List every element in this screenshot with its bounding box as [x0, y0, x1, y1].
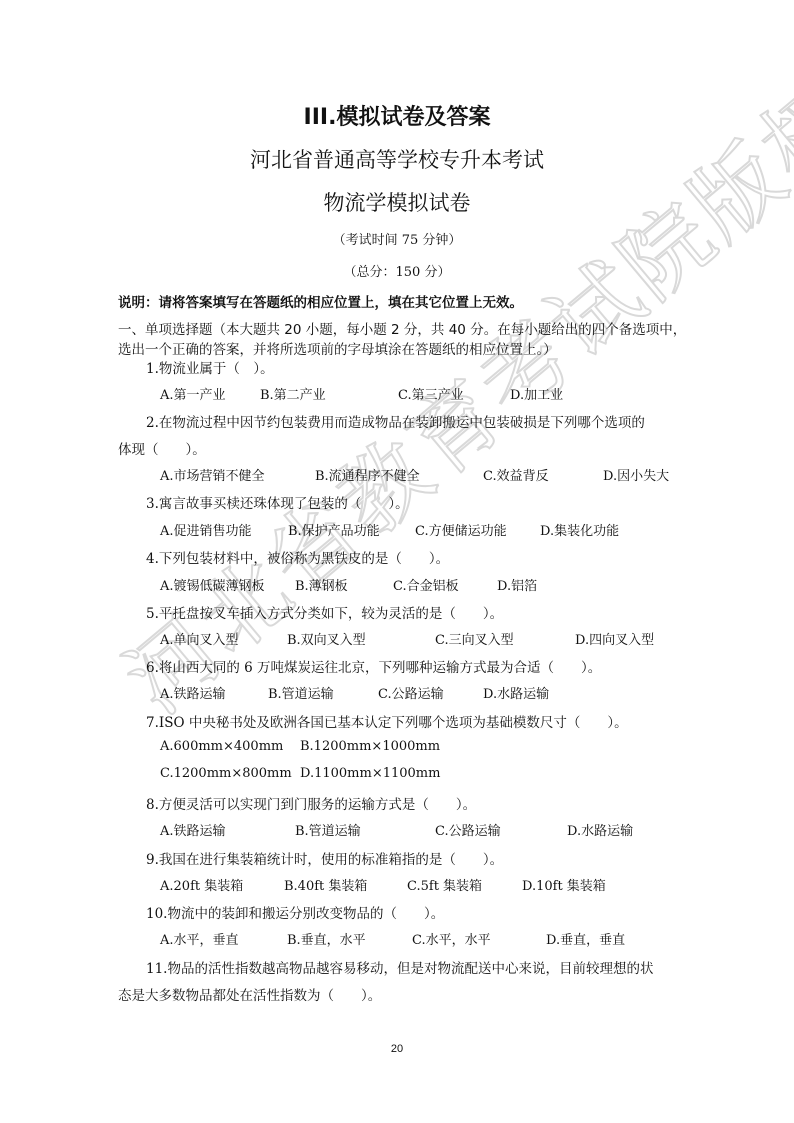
question-7-stem: 7.ISO 中央秘书处及欧洲各国已基本认定下列哪个选项为基础模数尺寸（ ）。 — [146, 711, 628, 731]
question-7-options-row1: A.600mm×400mm B.1200mm×1000mm — [160, 739, 680, 757]
option-a: A.600mm×400mm — [160, 739, 283, 754]
option-d: D.加工业 — [510, 384, 563, 403]
question-7-options-row2: C.1200mm×800mm D.1100mm×1100mm — [160, 766, 680, 784]
option-b: B.第二产业 — [260, 384, 326, 403]
option-d: D.1100mm×1100mm — [300, 766, 440, 781]
option-d: D.铝箔 — [497, 575, 537, 594]
question-3-options: A.促进销售功能 B.保护产品功能 C.方便储运功能 D.集装化功能 — [160, 520, 680, 538]
question-10-options: A.水平，垂直 B.垂直，水平 C.水平，水平 D.垂直，垂直 — [160, 929, 680, 947]
question-2-stem-line2: 体现（ ）。 — [118, 438, 206, 458]
question-10-stem: 10.物流中的装卸和搬运分别改变物品的（ ）。 — [146, 902, 444, 922]
option-a: A.水平，垂直 — [160, 929, 239, 948]
option-c: C.公路运输 — [435, 820, 501, 839]
option-a: A.第一产业 — [160, 384, 226, 403]
option-c: C.1200mm×800mm — [160, 766, 292, 781]
option-a: A.铁路运输 — [160, 683, 226, 702]
question-3-stem: 3.寓言故事买椟还珠体现了包装的（ ）。 — [146, 492, 409, 512]
section-title: III.模拟试卷及答案 — [0, 100, 794, 131]
option-c: C.方便储运功能 — [415, 520, 507, 539]
option-d: D.四向叉入型 — [575, 629, 654, 648]
option-b: B.1200mm×1000mm — [300, 739, 440, 754]
option-c: C.5ft 集装箱 — [407, 875, 482, 894]
question-8-options: A.铁路运输 B.管道运输 C.公路运输 D.水路运输 — [160, 820, 680, 838]
option-d: D.水路运输 — [567, 820, 633, 839]
question-11-stem-line1: 11.物品的活性指数越高物品越容易移动，但是对物流配送中心来说，目前较理想的状 — [146, 957, 653, 977]
option-c: C.水平，水平 — [412, 929, 491, 948]
option-a: A.单向叉入型 — [160, 629, 239, 648]
option-b: B.垂直，水平 — [287, 929, 366, 948]
question-6-options: A.铁路运输 B.管道运输 C.公路运输 D.水路运输 — [160, 683, 680, 701]
option-b: B.管道运输 — [268, 683, 334, 702]
paper-title: 物流学模拟试卷 — [0, 187, 794, 217]
option-d: D.垂直，垂直 — [546, 929, 625, 948]
question-2-options: A.市场营销不健全 B.流通程序不健全 C.效益背反 D.因小失大 — [160, 465, 680, 483]
option-a: A.20ft 集装箱 — [160, 875, 243, 894]
option-d: D.水路运输 — [483, 683, 549, 702]
option-d: D.10ft 集装箱 — [522, 875, 606, 894]
section-heading-line2: 选出一个正确的答案，并将所选项前的字母填涂在答题纸的相应位置上。） — [118, 338, 557, 358]
instruction: 说明：请将答案填写在答题纸的相应位置上，填在其它位置上无效。 — [118, 291, 523, 311]
option-c: C.效益背反 — [483, 465, 549, 484]
option-b: B.流通程序不健全 — [315, 465, 420, 484]
option-a: A.镀锡低碳薄钢板 — [160, 575, 265, 594]
question-6-stem: 6.将山西大同的 6 万吨煤炭运往北京，下列哪种运输方式最为合适（ ）。 — [146, 656, 601, 676]
question-5-stem: 5.平托盘按叉车插入方式分类如下，较为灵活的是（ ）。 — [146, 602, 503, 622]
question-4-stem: 4.下列包装材料中，被俗称为黑铁皮的是（ ）。 — [146, 547, 449, 567]
question-2-stem-line1: 2.在物流过程中因节约包装费用而造成物品在装卸搬运中包装破损是下列哪个选项的 — [146, 411, 645, 431]
question-1-options: A.第一产业 B.第二产业 C.第三产业 D.加工业 — [160, 384, 680, 402]
total-score: （总分：150 分） — [0, 261, 794, 280]
section-heading-line1: 一、单项选择题（本大题共 20 小题，每小题 2 分，共 40 分。在每小题给出… — [118, 318, 686, 338]
option-c: C.三向叉入型 — [435, 629, 514, 648]
option-c: C.合金铝板 — [393, 575, 459, 594]
option-c: C.公路运输 — [378, 683, 444, 702]
option-b: B.40ft 集装箱 — [284, 875, 367, 894]
question-9-options: A.20ft 集装箱 B.40ft 集装箱 C.5ft 集装箱 D.10ft 集… — [160, 875, 680, 893]
question-4-options: A.镀锡低碳薄钢板 B.薄钢板 C.合金铝板 D.铝箔 — [160, 575, 680, 593]
question-5-options: A.单向叉入型 B.双向叉入型 C.三向叉入型 D.四向叉入型 — [160, 629, 680, 647]
page-number: 20 — [0, 1043, 794, 1055]
option-b: B.保护产品功能 — [288, 520, 380, 539]
question-11-stem-line2: 态是大多数物品都处在活性指数为（ ）。 — [118, 984, 381, 1004]
document-page: 河北省教育考试院版权所有 III.模拟试卷及答案 河北省普通高等学校专升本考试 … — [0, 0, 794, 1123]
option-b: B.薄钢板 — [295, 575, 348, 594]
question-8-stem: 8.方便灵活可以实现门到门服务的运输方式是（ ）。 — [146, 793, 476, 813]
option-a: A.市场营销不健全 — [160, 465, 265, 484]
option-d: D.集装化功能 — [540, 520, 619, 539]
question-1-stem: 1.物流业属于（ ）。 — [146, 357, 274, 377]
option-d: D.因小失大 — [603, 465, 669, 484]
exam-title: 河北省普通高等学校专升本考试 — [0, 144, 794, 174]
option-b: B.双向叉入型 — [287, 629, 366, 648]
option-a: A.铁路运输 — [160, 820, 226, 839]
option-c: C.第三产业 — [398, 384, 464, 403]
option-a: A.促进销售功能 — [160, 520, 252, 539]
question-9-stem: 9.我国在进行集装箱统计时，使用的标准箱指的是（ ）。 — [146, 848, 503, 868]
option-b: B.管道运输 — [295, 820, 361, 839]
exam-duration: （考试时间 75 分钟） — [0, 229, 794, 248]
